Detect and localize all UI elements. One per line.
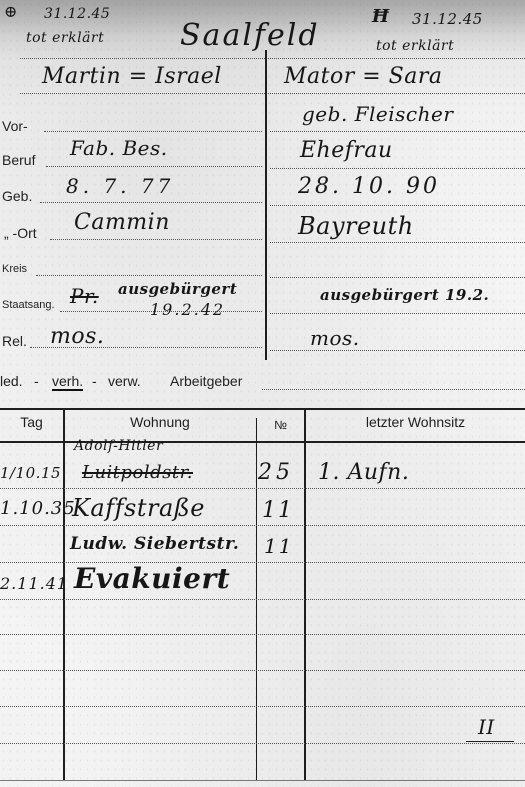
geb-line-right bbox=[270, 205, 525, 206]
vor-line-left bbox=[44, 131, 262, 132]
header-dotted-line bbox=[20, 58, 525, 59]
label-staatsang: Staatsang. bbox=[2, 299, 55, 311]
wife-religion: mos. bbox=[310, 326, 360, 350]
ort-line-left bbox=[50, 239, 262, 240]
row3-nr: 11 bbox=[264, 534, 293, 558]
row4-wohnung: Evakuiert bbox=[74, 562, 230, 595]
table-row-line bbox=[0, 634, 525, 635]
table-top-rule bbox=[0, 408, 525, 410]
ort-line-right bbox=[270, 242, 525, 243]
table-row-line bbox=[0, 525, 525, 526]
names-dotted-line bbox=[20, 93, 525, 94]
status-widowed: verw. bbox=[108, 373, 141, 389]
card-bottom-edge bbox=[0, 780, 525, 781]
table-col-divider-1 bbox=[63, 410, 65, 780]
status-separator-2: - bbox=[92, 373, 97, 389]
rel-line-right bbox=[270, 350, 525, 351]
wife-given-names: Mator = Sara bbox=[284, 64, 443, 89]
label-vor: Vor- bbox=[2, 118, 28, 134]
label-beruf: Beruf bbox=[2, 152, 35, 168]
arbeitgeber-line bbox=[262, 389, 525, 390]
wife-staatsang: ausgebürgert 19.2. bbox=[320, 286, 489, 304]
table-row-line bbox=[0, 599, 525, 600]
husband-staatsang: ausgebürgert bbox=[118, 280, 237, 298]
table-col-divider-3 bbox=[304, 410, 306, 780]
label-arbeitgeber: Arbeitgeber bbox=[170, 373, 242, 389]
right-declared-dead-note: tot erklärt bbox=[376, 38, 454, 54]
geb-line-left bbox=[40, 202, 262, 203]
wife-beruf: Ehefrau bbox=[300, 138, 393, 163]
status-separator-1: - bbox=[34, 373, 39, 389]
column-divider bbox=[265, 50, 267, 360]
right-cross-mark: Ħ bbox=[372, 6, 390, 27]
footer-mark-underline bbox=[466, 741, 514, 742]
beruf-line-right bbox=[270, 168, 525, 169]
row3-wohnung: Ludw. Siebertstr. bbox=[70, 534, 239, 554]
table-row-line bbox=[0, 670, 525, 671]
wife-birthplace: Bayreuth bbox=[298, 212, 414, 240]
label-ort: „ -Ort bbox=[4, 225, 37, 241]
row2-wohnung: Kaffstraße bbox=[72, 494, 205, 522]
beruf-line-left bbox=[46, 166, 262, 167]
row1-wohnung-correction: Adolf-Hitler bbox=[74, 438, 163, 454]
footer-mark: II bbox=[478, 715, 495, 739]
vor-line-right bbox=[270, 131, 525, 132]
row1-letzter-wohnsitz: 1. Aufn. bbox=[318, 460, 409, 485]
surname: Saalfeld bbox=[180, 18, 320, 53]
husband-given-names: Martin = Israel bbox=[42, 64, 222, 89]
status-single: led. bbox=[0, 373, 23, 389]
husband-staatsang-struck: Pr. bbox=[70, 284, 99, 308]
table-header-tag: Tag bbox=[0, 414, 63, 430]
label-rel: Rel. bbox=[2, 333, 27, 349]
husband-birthplace: Cammin bbox=[74, 210, 170, 235]
table-row-line bbox=[0, 706, 525, 707]
row2-nr: 11 bbox=[262, 498, 294, 523]
husband-staatsang-date: 19.2.42 bbox=[150, 300, 225, 319]
husband-beruf: Fab. Bes. bbox=[70, 136, 168, 160]
row4-tag: 2.11.41 bbox=[0, 574, 68, 593]
row2-tag: 1.10.35 bbox=[0, 498, 76, 519]
table-row-line bbox=[0, 488, 525, 489]
table-header-nr: № bbox=[257, 418, 304, 432]
left-declared-dead-note: tot erklärt bbox=[26, 30, 104, 46]
wife-birthdate: 28. 10. 90 bbox=[298, 174, 440, 199]
table-header-wohnung: Wohnung bbox=[64, 414, 256, 430]
row1-nr: 25 bbox=[258, 460, 294, 485]
label-kreis: Kreis bbox=[2, 263, 27, 275]
kreis-line-left bbox=[36, 275, 262, 276]
status-married-underlined: verh. bbox=[52, 373, 83, 391]
table-header-letzter-wohnsitz: letzter Wohnsitz bbox=[306, 414, 525, 430]
kreis-line-right bbox=[270, 277, 525, 278]
table-row-line bbox=[0, 743, 525, 744]
row1-wohnung-struck: Luitpoldstr. bbox=[82, 462, 193, 483]
staatsang-line-right bbox=[270, 313, 525, 314]
right-death-date: 31.12.45 bbox=[412, 10, 483, 28]
left-death-date: 31.12.45 bbox=[44, 6, 110, 22]
label-geb: Geb. bbox=[2, 188, 32, 204]
husband-religion: mos. bbox=[50, 324, 104, 349]
wife-maiden-name: geb. Fleischer bbox=[302, 102, 453, 126]
row1-tag: 1/10.15 bbox=[0, 464, 61, 482]
husband-birthdate: 8. 7. 77 bbox=[66, 174, 174, 198]
left-cross-mark: ⊕ bbox=[4, 2, 18, 21]
registration-card: ⊕ 31.12.45 tot erklärt Saalfeld Ħ 31.12.… bbox=[0, 0, 525, 787]
